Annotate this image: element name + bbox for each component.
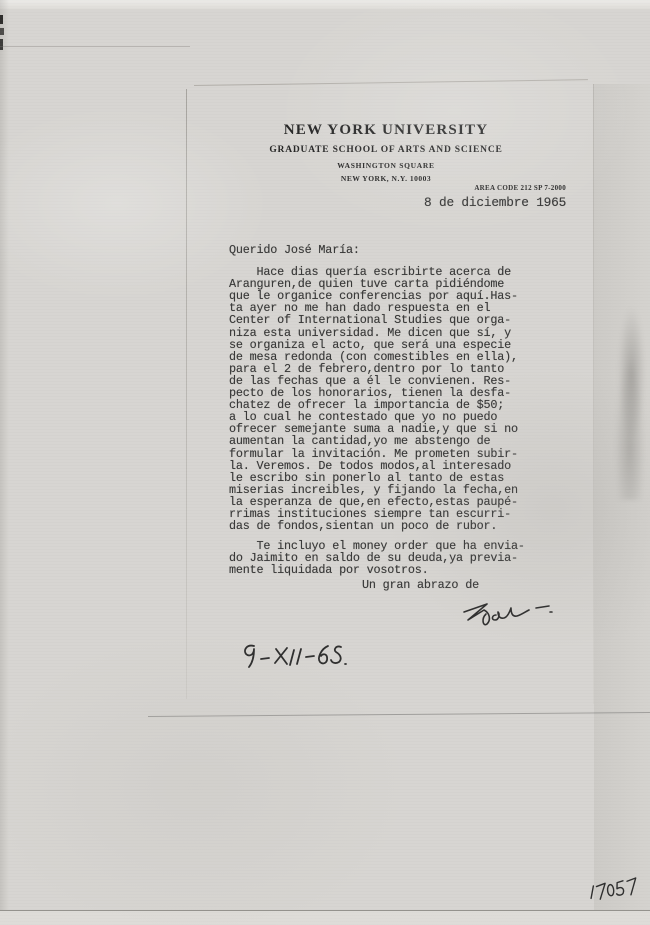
scan-scratch-line: [0, 46, 190, 47]
paragraph-1: Hace dias quería escribirte acerca de Ar…: [229, 266, 525, 532]
scan-edge-mark: [0, 15, 3, 24]
scan-bottom-strip: [0, 911, 650, 925]
letterhead-institution: NEW YORK UNIVERSITY: [196, 122, 576, 139]
scan-top-strip: [0, 0, 650, 10]
letterhead-school: GRADUATE SCHOOL OF ARTS AND SCIENCE: [196, 145, 576, 155]
signature-scrawl: [458, 597, 558, 633]
scan-left-shade: [0, 0, 9, 925]
scan-edge-mark: [0, 28, 4, 35]
handwritten-date: [237, 637, 355, 679]
paper-left-edge: [186, 89, 187, 699]
typed-date: 8 de diciembre 1965: [424, 195, 566, 210]
scan-edge-mark: [0, 39, 3, 50]
paragraph-2: Te incluyo el money order que ha envia- …: [229, 540, 525, 576]
letterhead-address-line1: WASHINGTON SQUARE: [196, 161, 576, 170]
paper-crease-line: [148, 712, 650, 717]
letterhead: NEW YORK UNIVERSITY GRADUATE SCHOOL OF A…: [196, 122, 576, 183]
scan-smudge: [610, 290, 646, 500]
salutation: Querido José María:: [229, 244, 525, 256]
closing-line: Un gran abrazo de: [362, 579, 525, 591]
paper-top-edge: [194, 79, 588, 86]
scanned-letter-page: NEW YORK UNIVERSITY GRADUATE SCHOOL OF A…: [0, 0, 650, 925]
letterhead-address-line2: NEW YORK, N.Y. 10003: [196, 174, 576, 183]
letterhead-phone: AREA CODE 212 SP 7-2000: [420, 184, 566, 192]
letter-body: Querido José María: Hace dias quería esc…: [229, 244, 525, 592]
